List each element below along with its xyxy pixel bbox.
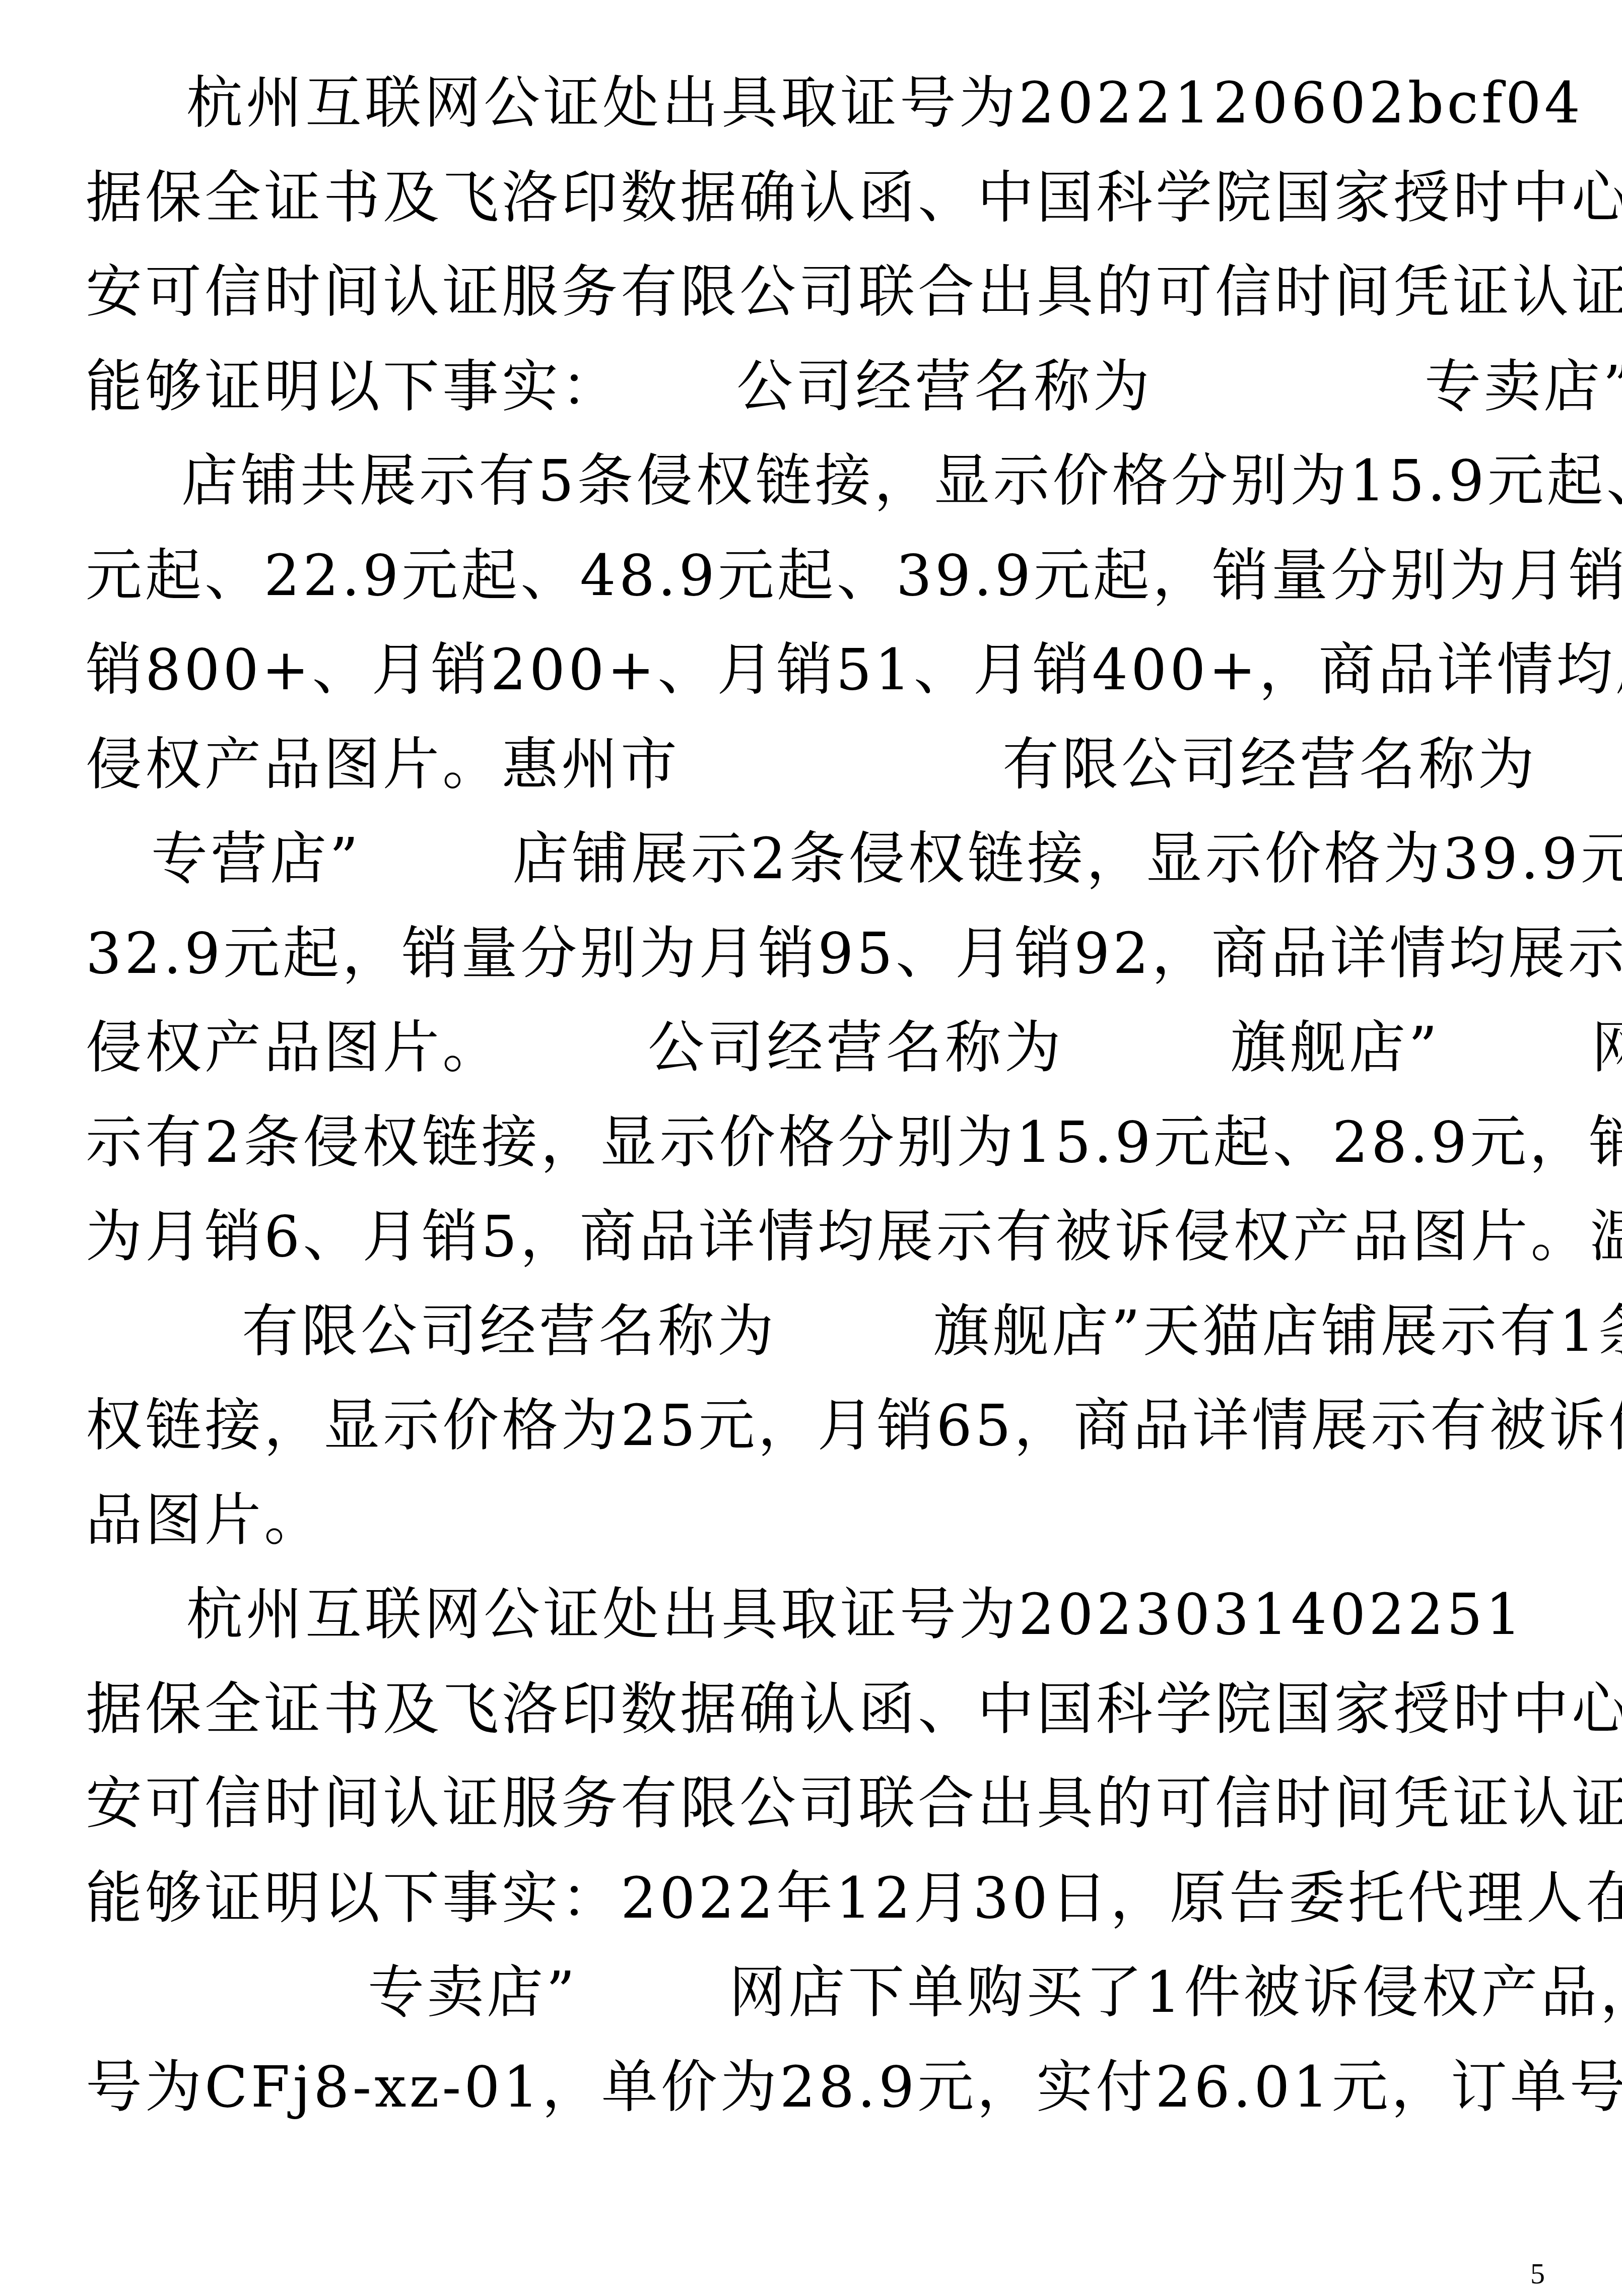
text-line: 元起、22.9元起、48.9元起、39.9元起，销量分别为月销74、月 — [86, 538, 1546, 614]
redacted-region — [680, 783, 1002, 784]
text-segment: 店铺展示2条侵权链接，显示价格为39.9元起、 — [512, 826, 1622, 892]
text-segment: 权链接，显示价格为25元，月销65，商品详情展示有被诉侵权产 — [86, 1393, 1622, 1459]
text-segment: 网店展 — [1591, 1015, 1622, 1081]
text-line: 侵权产品图片。惠州市有限公司经营名称为 — [86, 727, 1546, 803]
text-line: 权链接，显示价格为25元，月销65，商品详情展示有被诉侵权产 — [86, 1388, 1546, 1464]
text-segment: 据保全证书及飞洛印数据确认函、中国科学院国家授时中心与西 — [86, 165, 1622, 231]
text-segment: 示有2条侵权链接，显示价格分别为15.9元起、28.9元，销量分别 — [86, 1110, 1622, 1175]
redacted-region — [86, 2011, 368, 2012]
text-segment: 专卖店” — [368, 1960, 578, 2025]
text-segment: 安可信时间认证服务有限公司联合出具的可信时间凭证认证证书 — [86, 259, 1622, 325]
redacted-region — [1583, 122, 1622, 122]
text-line: 安可信时间认证服务有限公司联合出具的可信时间凭证认证证书 — [86, 254, 1546, 330]
redacted-region — [502, 1067, 648, 1067]
text-line: 据保全证书及飞洛印数据确认函、中国科学院国家授时中心与西 — [86, 1672, 1546, 1747]
text-line: 专营店”店铺展示2条侵权链接，显示价格为39.9元起、 — [86, 821, 1546, 897]
text-line: 侵权产品图片。公司经营名称为旗舰店”网店展 — [86, 1010, 1546, 1086]
text-line: 专卖店”网店下单购买了1件被诉侵权产品，型 — [86, 1955, 1546, 2030]
text-line: 销800+、月销200+、月销51、月销400+，商品详情均展示有被诉 — [86, 632, 1546, 708]
text-segment: 网店下单购买了1件被诉侵权产品，型 — [729, 1960, 1622, 2025]
text-line: 为月销6、月销5，商品详情均展示有被诉侵权产品图片。温州 — [86, 1199, 1546, 1275]
redacted-region — [578, 2011, 729, 2012]
redacted-region — [1064, 1067, 1230, 1067]
text-line: 示有2条侵权链接，显示价格分别为15.9元起、28.9元，销量分别 — [86, 1105, 1546, 1180]
text-segment: 侵权产品图片。惠州市 — [86, 732, 680, 798]
redacted-region — [1440, 1067, 1591, 1067]
text-segment: 公司经营名称为 — [648, 1015, 1064, 1081]
text-line: 有限公司经营名称为旗舰店”天猫店铺展示有1条侵 — [86, 1294, 1546, 1369]
text-segment: 元起、22.9元起、48.9元起、39.9元起，销量分别为月销74、月 — [86, 543, 1622, 609]
text-line: 能够证明以下事实：2022年12月30日，原告委托代理人在名称为 — [86, 1861, 1546, 1936]
text-segment: 杭州互联网公证处出具取证号为2023031402251 — [186, 1582, 1524, 1648]
text-segment: 旗舰店” — [1230, 1015, 1440, 1081]
text-segment: 有限公司经营名称为 — [242, 1299, 777, 1364]
text-line: 杭州互联网公证处出具取证号为2023031402251的数 — [186, 1577, 1622, 1653]
redacted-region — [86, 500, 181, 500]
text-line: 杭州互联网公证处出具取证号为2022120602bcf04.的数 — [186, 65, 1622, 141]
redacted-region — [1524, 1633, 1622, 1634]
page-number: 5 — [1530, 2256, 1545, 2291]
text-line: 32.9元起，销量分别为月销95、月销92，商品详情均展示有被诉 — [86, 916, 1546, 992]
text-segment: 号为CFj8-xz-01，单价为28.9元，实付26.01元，订单号为 — [86, 2055, 1622, 2120]
text-segment: 安可信时间认证服务有限公司联合出具的可信时间凭证认证证书 — [86, 1771, 1622, 1836]
text-line: 店铺共展示有5条侵权链接，显示价格分别为15.9元起、32.9 — [86, 443, 1546, 519]
text-line: 号为CFj8-xz-01，单价为28.9元，实付26.01元，订单号为 — [86, 2050, 1546, 2125]
text-segment: 32.9元起，销量分别为月销95、月销92，商品详情均展示有被诉 — [86, 921, 1622, 987]
text-segment: 店铺共展示有5条侵权链接，显示价格分别为15.9元起、32.9 — [181, 448, 1622, 514]
redacted-region — [777, 1350, 933, 1351]
redacted-region — [361, 878, 512, 878]
text-segment: 能够证明以下事实：2022年12月30日，原告委托代理人在名称为 — [86, 1866, 1622, 1931]
text-segment: 品图片。 — [86, 1488, 323, 1553]
text-segment: 能够证明以下事实： — [86, 354, 621, 420]
text-segment: 为月销6、月销5，商品详情均展示有被诉侵权产品图片。温州 — [86, 1204, 1622, 1270]
text-segment: 专卖店” — [1425, 354, 1622, 420]
text-segment: 侵权产品图片。 — [86, 1015, 502, 1081]
text-line: 安可信时间认证服务有限公司联合出具的可信时间凭证认证证书 — [86, 1766, 1546, 1842]
redacted-region — [86, 878, 151, 878]
document-page: 杭州互联网公证处出具取证号为2022120602bcf04.的数 据保全证书及飞… — [0, 0, 1622, 2296]
text-line: 能够证明以下事实：公司经营名称为专卖店” — [86, 349, 1546, 425]
text-segment: 据保全证书及飞洛印数据确认函、中国科学院国家授时中心与西 — [86, 1677, 1622, 1742]
redacted-region — [621, 406, 736, 406]
text-segment: 销800+、月销200+、月销51、月销400+，商品详情均展示有被诉 — [86, 637, 1622, 703]
text-line: 据保全证书及飞洛印数据确认函、中国科学院国家授时中心与西 — [86, 160, 1546, 236]
redacted-region — [86, 1350, 242, 1351]
text-segment: 专营店” — [151, 826, 361, 892]
text-segment: 旗舰店”天猫店铺展示有1条侵 — [933, 1299, 1622, 1364]
redacted-region — [1153, 406, 1425, 406]
text-line: 品图片。 — [86, 1483, 1546, 1558]
text-segment: 公司经营名称为 — [736, 354, 1153, 420]
text-segment: 杭州互联网公证处出具取证号为2022120602bcf04 — [186, 71, 1583, 136]
text-segment: 有限公司经营名称为 — [1002, 732, 1537, 798]
